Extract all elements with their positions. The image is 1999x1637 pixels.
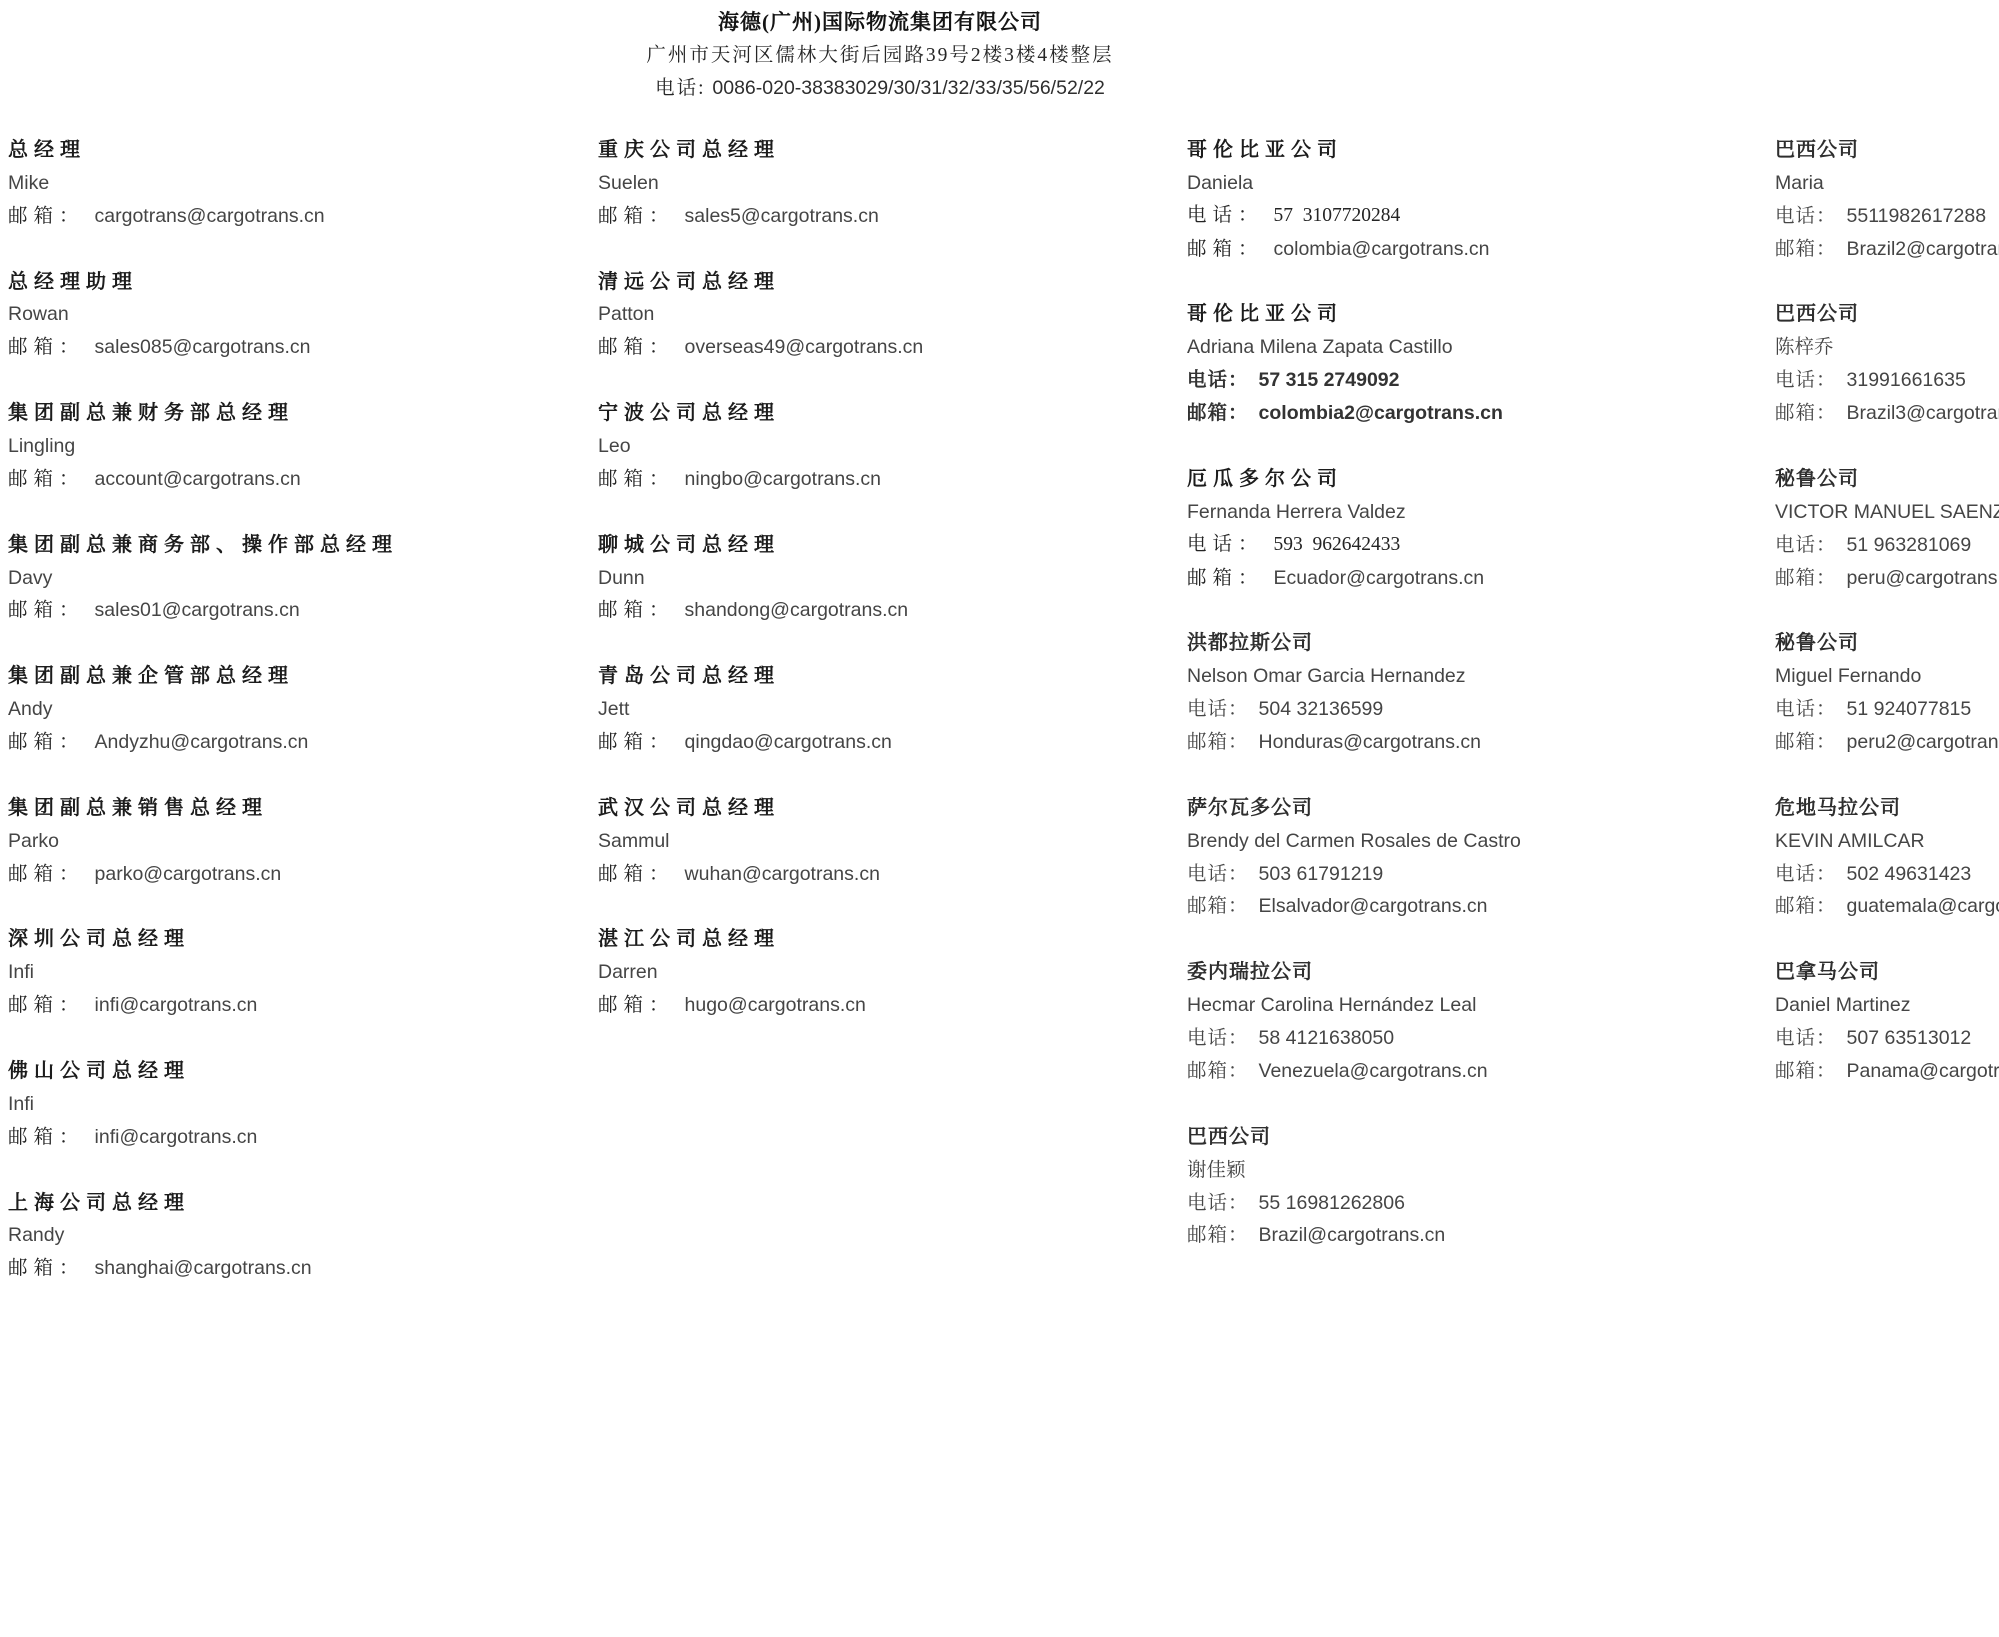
phone-value: 31991661635 xyxy=(1847,369,1966,391)
contact-card: 总经理Mike邮箱：cargotrans@cargotrans.cn xyxy=(8,134,597,233)
company-phone-value: 0086-020-38383029/30/31/32/33/35/56/52/2… xyxy=(712,77,1105,99)
email-value: shanghai@cargotrans.cn xyxy=(95,1257,312,1279)
contact-name: Dunn xyxy=(598,562,1187,595)
contact-name: Andy xyxy=(8,693,597,726)
contact-card: 聊城公司总经理Dunn邮箱：shandong@cargotrans.cn xyxy=(598,529,1187,628)
contact-phone-line: 电话：5511982617288 xyxy=(1775,200,1999,233)
contact-card: 总经理助理Rowan邮箱：sales085@cargotrans.cn xyxy=(8,266,597,365)
company-phone-label: 电话: xyxy=(655,78,712,99)
contact-phone-line: 电话：502 49631423 xyxy=(1775,858,1999,891)
contact-column-1: 总经理Mike邮箱：cargotrans@cargotrans.cn总经理助理R… xyxy=(8,134,597,1318)
email-value: parko@cargotrans.cn xyxy=(95,863,282,885)
email-label: 邮箱： xyxy=(1775,238,1837,260)
email-value: hugo@cargotrans.cn xyxy=(685,994,866,1016)
contact-name: Sammul xyxy=(598,825,1187,858)
contact-title: 上海公司总经理 xyxy=(8,1187,597,1220)
phone-label: 电话： xyxy=(1775,369,1837,391)
email-value: peru@cargotrans.cn xyxy=(1847,567,1999,589)
phone-label: 电话： xyxy=(1187,863,1249,885)
email-value: infi@cargotrans.cn xyxy=(95,1126,258,1148)
contact-name: Parko xyxy=(8,825,597,858)
contact-name: Daniela xyxy=(1187,167,1776,200)
contact-title: 湛江公司总经理 xyxy=(598,923,1187,956)
email-value: Brazil2@cargotrans.cn xyxy=(1847,238,1999,260)
email-value: Venezuela@cargotrans.cn xyxy=(1259,1060,1488,1082)
contact-title: 秘鲁公司 xyxy=(1775,627,1999,660)
email-value: colombia2@cargotrans.cn xyxy=(1259,402,1503,424)
contact-phone-line: 电话：58 4121638050 xyxy=(1187,1022,1776,1055)
contact-name: Jett xyxy=(598,693,1187,726)
email-value: Honduras@cargotrans.cn xyxy=(1259,731,1482,753)
contact-name: Suelen xyxy=(598,167,1187,200)
contact-name: Patton xyxy=(598,298,1187,331)
email-value: guatemala@cargotrans.cn xyxy=(1847,895,1999,917)
contact-name: Mike xyxy=(8,167,597,200)
contact-title: 清远公司总经理 xyxy=(598,266,1187,299)
contact-title: 集团副总兼企管部总经理 xyxy=(8,660,597,693)
contact-column-3: 哥伦比亚公司Daniela电话：57 3107720284邮箱：colombia… xyxy=(1187,134,1776,1285)
contact-title: 佛山公司总经理 xyxy=(8,1055,597,1088)
contact-email-line: 邮箱：Brazil3@cargotrans.cn xyxy=(1775,397,1999,430)
phone-label: 电话： xyxy=(1775,534,1837,556)
contact-email-line: 邮箱：parko@cargotrans.cn xyxy=(8,858,597,891)
phone-value: 503 61791219 xyxy=(1259,863,1384,885)
contact-name: Infi xyxy=(8,956,597,989)
phone-label: 电话： xyxy=(1187,698,1249,720)
email-value: Elsalvador@cargotrans.cn xyxy=(1259,895,1488,917)
contact-title: 集团副总兼销售总经理 xyxy=(8,792,597,825)
contact-title: 宁波公司总经理 xyxy=(598,397,1187,430)
contact-card: 上海公司总经理Randy邮箱：shanghai@cargotrans.cn xyxy=(8,1187,597,1286)
contact-email-line: 邮箱：shanghai@cargotrans.cn xyxy=(8,1252,597,1285)
email-value: sales085@cargotrans.cn xyxy=(95,336,311,358)
email-label: 邮箱： xyxy=(8,600,85,621)
contact-title: 重庆公司总经理 xyxy=(598,134,1187,167)
email-label: 邮箱： xyxy=(8,864,85,885)
contact-card: 集团副总兼销售总经理Parko邮箱：parko@cargotrans.cn xyxy=(8,792,597,891)
contact-email-line: 邮箱：account@cargotrans.cn xyxy=(8,463,597,496)
contact-title: 洪都拉斯公司 xyxy=(1187,627,1776,660)
email-label: 邮箱： xyxy=(1187,402,1249,424)
company-address: 广州市天河区儒林大街后园路39号2楼3楼4楼整层 xyxy=(0,39,1760,72)
email-label: 邮箱： xyxy=(1775,567,1837,589)
email-label: 邮箱： xyxy=(8,469,85,490)
contact-name: Hecmar Carolina Hernández Leal xyxy=(1187,989,1776,1022)
contact-title: 危地马拉公司 xyxy=(1775,792,1999,825)
contact-email-line: 邮箱：sales085@cargotrans.cn xyxy=(8,331,597,364)
contact-title: 巴西公司 xyxy=(1775,298,1999,331)
email-value: sales5@cargotrans.cn xyxy=(685,205,879,227)
email-value: peru2@cargotrans.cn xyxy=(1847,731,1999,753)
phone-value: 5511982617288 xyxy=(1847,205,1987,227)
contact-column-4: 巴西公司Maria电话：5511982617288邮箱：Brazil2@carg… xyxy=(1775,134,1999,1121)
contact-phone-line: 电话：503 61791219 xyxy=(1187,858,1776,891)
contact-email-line: 邮箱：wuhan@cargotrans.cn xyxy=(598,858,1187,891)
contact-name: Fernanda Herrera Valdez xyxy=(1187,496,1776,529)
contact-phone-line: 电话：593 962642433 xyxy=(1187,529,1776,562)
contact-card: 巴西公司Maria电话：5511982617288邮箱：Brazil2@carg… xyxy=(1775,134,1999,266)
phone-value: 507 63513012 xyxy=(1847,1027,1972,1049)
contact-phone-line: 电话：51 924077815 xyxy=(1775,693,1999,726)
email-label: 邮箱： xyxy=(8,206,85,227)
phone-label: 电话： xyxy=(1187,1192,1249,1214)
phone-label: 电话： xyxy=(1775,863,1837,885)
email-label: 邮箱： xyxy=(1187,1224,1249,1246)
contact-email-line: 邮箱：Honduras@cargotrans.cn xyxy=(1187,726,1776,759)
email-value: Brazil3@cargotrans.cn xyxy=(1847,402,1999,424)
contact-directory-page: { "header": { "company": "海德(广州)国际物流集团有限… xyxy=(0,0,1999,1637)
email-label: 邮箱： xyxy=(1187,731,1249,753)
contact-card: 集团副总兼企管部总经理Andy邮箱：Andyzhu@cargotrans.cn xyxy=(8,660,597,759)
contact-column-2: 重庆公司总经理Suelen邮箱：sales5@cargotrans.cn清远公司… xyxy=(598,134,1187,1055)
email-value: Brazil@cargotrans.cn xyxy=(1259,1224,1446,1246)
contact-card: 巴西公司陈梓乔电话：31991661635邮箱：Brazil3@cargotra… xyxy=(1775,298,1999,430)
email-value: Ecuador@cargotrans.cn xyxy=(1274,567,1485,589)
email-value: Andyzhu@cargotrans.cn xyxy=(95,731,309,753)
email-value: cargotrans@cargotrans.cn xyxy=(95,205,325,227)
email-value: shandong@cargotrans.cn xyxy=(685,599,909,621)
contact-name: Daniel Martinez xyxy=(1775,989,1999,1022)
email-value: Panama@cargotrans.cn xyxy=(1847,1060,1999,1082)
email-label: 邮箱： xyxy=(598,469,675,490)
contact-name: VICTOR MANUEL SAENZ xyxy=(1775,496,1999,529)
contact-email-line: 邮箱：infi@cargotrans.cn xyxy=(8,989,597,1022)
contact-phone-line: 电话：504 32136599 xyxy=(1187,693,1776,726)
contact-name: Rowan xyxy=(8,298,597,331)
phone-value: 51 963281069 xyxy=(1847,534,1972,556)
contact-email-line: 邮箱：Elsalvador@cargotrans.cn xyxy=(1187,890,1776,923)
contact-email-line: 邮箱：sales5@cargotrans.cn xyxy=(598,200,1187,233)
email-label: 邮箱： xyxy=(8,337,85,358)
contact-title: 集团副总兼财务部总经理 xyxy=(8,397,597,430)
contact-title: 委内瑞拉公司 xyxy=(1187,956,1776,989)
contact-name: Infi xyxy=(8,1088,597,1121)
contact-card: 重庆公司总经理Suelen邮箱：sales5@cargotrans.cn xyxy=(598,134,1187,233)
contact-email-line: 邮箱：overseas49@cargotrans.cn xyxy=(598,331,1187,364)
contact-name: Lingling xyxy=(8,430,597,463)
email-label: 邮箱： xyxy=(8,732,85,753)
phone-value: 57 3107720284 xyxy=(1274,205,1401,226)
contact-email-line: 邮箱：Brazil2@cargotrans.cn xyxy=(1775,233,1999,266)
contact-phone-line: 电话：51 963281069 xyxy=(1775,529,1999,562)
email-value: colombia@cargotrans.cn xyxy=(1274,238,1490,260)
contact-title: 集团副总兼商务部、操作部总经理 xyxy=(8,529,597,562)
contact-title: 青岛公司总经理 xyxy=(598,660,1187,693)
contact-email-line: 邮箱：shandong@cargotrans.cn xyxy=(598,594,1187,627)
email-label: 邮箱： xyxy=(8,995,85,1016)
contact-card: 危地马拉公司KEVIN AMILCAR电话：502 49631423邮箱：gua… xyxy=(1775,792,1999,924)
email-label: 邮箱： xyxy=(1775,731,1837,753)
contact-card: 湛江公司总经理Darren邮箱：hugo@cargotrans.cn xyxy=(598,923,1187,1022)
contact-phone-line: 电话：507 63513012 xyxy=(1775,1022,1999,1055)
contact-name: Adriana Milena Zapata Castillo xyxy=(1187,331,1776,364)
contact-email-line: 邮箱：Brazil@cargotrans.cn xyxy=(1187,1219,1776,1252)
contact-name: Davy xyxy=(8,562,597,595)
email-value: qingdao@cargotrans.cn xyxy=(685,731,892,753)
email-value: wuhan@cargotrans.cn xyxy=(685,863,880,885)
contact-email-line: 邮箱：colombia@cargotrans.cn xyxy=(1187,233,1776,266)
contact-card: 萨尔瓦多公司Brendy del Carmen Rosales de Castr… xyxy=(1187,792,1776,924)
contact-card: 青岛公司总经理Jett邮箱：qingdao@cargotrans.cn xyxy=(598,660,1187,759)
phone-label: 电话： xyxy=(1187,1027,1249,1049)
phone-value: 502 49631423 xyxy=(1847,863,1972,885)
phone-label: 电话： xyxy=(1187,205,1264,226)
phone-value: 593 962642433 xyxy=(1274,534,1401,555)
email-label: 邮箱： xyxy=(598,206,675,227)
contact-card: 佛山公司总经理Infi邮箱：infi@cargotrans.cn xyxy=(8,1055,597,1154)
contact-email-line: 邮箱：peru2@cargotrans.cn xyxy=(1775,726,1999,759)
contact-title: 巴拿马公司 xyxy=(1775,956,1999,989)
contact-name: Randy xyxy=(8,1219,597,1252)
contact-name: Darren xyxy=(598,956,1187,989)
contact-email-line: 邮箱：qingdao@cargotrans.cn xyxy=(598,726,1187,759)
contact-phone-line: 电话：31991661635 xyxy=(1775,364,1999,397)
contact-phone-line: 电话：57 315 2749092 xyxy=(1187,364,1776,397)
contact-card: 集团副总兼财务部总经理Lingling邮箱：account@cargotrans… xyxy=(8,397,597,496)
contact-card: 秘鲁公司Miguel Fernando电话：51 924077815邮箱：per… xyxy=(1775,627,1999,759)
contact-email-line: 邮箱：infi@cargotrans.cn xyxy=(8,1121,597,1154)
email-label: 邮箱： xyxy=(1775,1060,1837,1082)
contact-name: Nelson Omar Garcia Hernandez xyxy=(1187,660,1776,693)
contact-name: Leo xyxy=(598,430,1187,463)
contact-card: 哥伦比亚公司Daniela电话：57 3107720284邮箱：colombia… xyxy=(1187,134,1776,266)
email-value: infi@cargotrans.cn xyxy=(95,994,258,1016)
phone-value: 57 315 2749092 xyxy=(1259,369,1400,391)
contact-email-line: 邮箱：Venezuela@cargotrans.cn xyxy=(1187,1055,1776,1088)
contact-title: 总经理助理 xyxy=(8,266,597,299)
contact-card: 巴西公司谢佳颖电话：55 16981262806邮箱：Brazil@cargot… xyxy=(1187,1121,1776,1253)
contact-title: 哥伦比亚公司 xyxy=(1187,298,1776,331)
contact-title: 武汉公司总经理 xyxy=(598,792,1187,825)
contact-name: 陈梓乔 xyxy=(1775,331,1999,364)
phone-label: 电话： xyxy=(1775,698,1837,720)
contact-title: 巴西公司 xyxy=(1187,1121,1776,1154)
company-name: 海德(广州)国际物流集团有限公司 xyxy=(0,6,1760,39)
contact-card: 清远公司总经理Patton邮箱：overseas49@cargotrans.cn xyxy=(598,266,1187,365)
contact-name: 谢佳颖 xyxy=(1187,1154,1776,1187)
contact-card: 集团副总兼商务部、操作部总经理Davy邮箱：sales01@cargotrans… xyxy=(8,529,597,628)
contact-title: 深圳公司总经理 xyxy=(8,923,597,956)
contact-card: 洪都拉斯公司Nelson Omar Garcia Hernandez电话：504… xyxy=(1187,627,1776,759)
phone-value: 51 924077815 xyxy=(1847,698,1972,720)
email-label: 邮箱： xyxy=(598,864,675,885)
contact-email-line: 邮箱：cargotrans@cargotrans.cn xyxy=(8,200,597,233)
phone-label: 电话： xyxy=(1187,369,1249,391)
contact-title: 哥伦比亚公司 xyxy=(1187,134,1776,167)
email-value: sales01@cargotrans.cn xyxy=(95,599,300,621)
phone-value: 55 16981262806 xyxy=(1259,1192,1405,1214)
email-label: 邮箱： xyxy=(598,732,675,753)
contact-email-line: 邮箱：Andyzhu@cargotrans.cn xyxy=(8,726,597,759)
phone-value: 504 32136599 xyxy=(1259,698,1384,720)
email-label: 邮箱： xyxy=(1775,402,1837,424)
email-label: 邮箱： xyxy=(1187,239,1264,260)
contact-card: 宁波公司总经理Leo邮箱：ningbo@cargotrans.cn xyxy=(598,397,1187,496)
contact-card: 武汉公司总经理Sammul邮箱：wuhan@cargotrans.cn xyxy=(598,792,1187,891)
contact-card: 厄瓜多尔公司Fernanda Herrera Valdez电话：593 9626… xyxy=(1187,463,1776,595)
email-label: 邮箱： xyxy=(1775,895,1837,917)
phone-label: 电话： xyxy=(1775,1027,1837,1049)
contact-email-line: 邮箱：hugo@cargotrans.cn xyxy=(598,989,1187,1022)
contact-email-line: 邮箱：guatemala@cargotrans.cn xyxy=(1775,890,1999,923)
contact-title: 萨尔瓦多公司 xyxy=(1187,792,1776,825)
contact-title: 秘鲁公司 xyxy=(1775,463,1999,496)
contact-card: 哥伦比亚公司Adriana Milena Zapata Castillo电话：5… xyxy=(1187,298,1776,430)
contact-name: KEVIN AMILCAR xyxy=(1775,825,1999,858)
phone-label: 电话： xyxy=(1775,205,1837,227)
email-label: 邮箱： xyxy=(1187,568,1264,589)
email-value: account@cargotrans.cn xyxy=(95,468,301,490)
contact-name: Maria xyxy=(1775,167,1999,200)
email-label: 邮箱： xyxy=(1187,1060,1249,1082)
contact-title: 聊城公司总经理 xyxy=(598,529,1187,562)
contact-title: 巴西公司 xyxy=(1775,134,1999,167)
contact-name: Miguel Fernando xyxy=(1775,660,1999,693)
contact-card: 深圳公司总经理Infi邮箱：infi@cargotrans.cn xyxy=(8,923,597,1022)
email-label: 邮箱： xyxy=(598,995,675,1016)
email-label: 邮箱： xyxy=(8,1127,85,1148)
contact-email-line: 邮箱：peru@cargotrans.cn xyxy=(1775,562,1999,595)
contact-email-line: 邮箱：ningbo@cargotrans.cn xyxy=(598,463,1187,496)
company-phone-line: 电话: 0086-020-38383029/30/31/32/33/35/56/… xyxy=(0,72,1760,105)
contact-title: 总经理 xyxy=(8,134,597,167)
email-label: 邮箱： xyxy=(1187,895,1249,917)
document-header: 海德(广州)国际物流集团有限公司 广州市天河区儒林大街后园路39号2楼3楼4楼整… xyxy=(0,6,1760,105)
email-label: 邮箱： xyxy=(598,600,675,621)
email-label: 邮箱： xyxy=(598,337,675,358)
contact-phone-line: 电话：57 3107720284 xyxy=(1187,200,1776,233)
contact-name: Brendy del Carmen Rosales de Castro xyxy=(1187,825,1776,858)
contact-card: 委内瑞拉公司Hecmar Carolina Hernández Leal电话：5… xyxy=(1187,956,1776,1088)
contact-phone-line: 电话：55 16981262806 xyxy=(1187,1187,1776,1220)
email-value: ningbo@cargotrans.cn xyxy=(685,468,882,490)
contact-email-line: 邮箱：Panama@cargotrans.cn xyxy=(1775,1055,1999,1088)
contact-email-line: 邮箱：sales01@cargotrans.cn xyxy=(8,594,597,627)
email-value: overseas49@cargotrans.cn xyxy=(685,336,924,358)
contact-title: 厄瓜多尔公司 xyxy=(1187,463,1776,496)
contact-card: 巴拿马公司Daniel Martinez电话：507 63513012邮箱：Pa… xyxy=(1775,956,1999,1088)
phone-label: 电话： xyxy=(1187,534,1264,555)
email-label: 邮箱： xyxy=(8,1258,85,1279)
contact-email-line: 邮箱：colombia2@cargotrans.cn xyxy=(1187,397,1776,430)
phone-value: 58 4121638050 xyxy=(1259,1027,1395,1049)
contact-email-line: 邮箱：Ecuador@cargotrans.cn xyxy=(1187,562,1776,595)
contact-card: 秘鲁公司VICTOR MANUEL SAENZ电话：51 963281069邮箱… xyxy=(1775,463,1999,595)
